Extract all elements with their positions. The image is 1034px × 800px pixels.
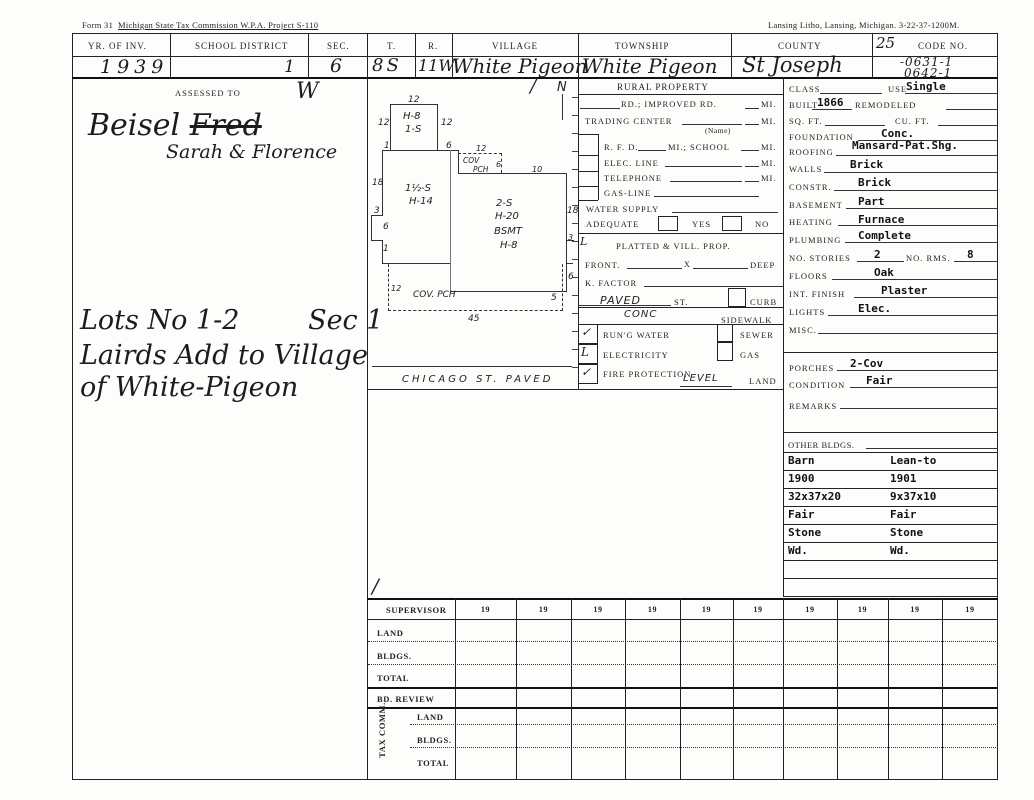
rfd-label: R. F. D. — [604, 142, 638, 152]
street-type-value[interactable]: PAVED — [600, 294, 641, 307]
trading-center-label: TRADING CENTER — [585, 116, 672, 126]
printer-info: Lansing Litho, Lansing, Michigan. 3-22-3… — [768, 20, 959, 30]
sketch-porch-2 — [388, 264, 563, 311]
school-district-label: SCHOOL DISTRICT — [195, 41, 288, 51]
telephone-label: TELEPHONE — [604, 173, 662, 183]
year-value[interactable]: 1939 — [100, 56, 168, 78]
sidewalk-value[interactable]: CONC — [624, 309, 657, 320]
year-column-header[interactable]: 19 — [625, 605, 680, 614]
year-column-header[interactable]: 19 — [783, 605, 837, 614]
finish-value[interactable]: Plaster — [881, 284, 927, 297]
other-building-cell[interactable]: Wd. — [890, 544, 910, 557]
school-district-value[interactable]: 1 — [284, 57, 295, 77]
front-field[interactable] — [627, 268, 682, 269]
year-column-header[interactable]: 19 — [942, 605, 998, 614]
year-column-header[interactable]: 19 — [516, 605, 571, 614]
curb-checkbox[interactable] — [728, 288, 746, 307]
other-building-cell[interactable]: Stone — [890, 526, 923, 539]
other-building-cell[interactable]: Stone — [788, 526, 821, 539]
adequate-label: ADEQUATE — [586, 219, 639, 229]
k-factor-field[interactable] — [644, 286, 783, 287]
k-factor-label: K. FACTOR — [585, 278, 637, 288]
class-field[interactable] — [820, 93, 882, 94]
r-label: R. — [428, 41, 438, 51]
legal-description-line-1[interactable]: Lots No 1-2 Sec 1 — [80, 305, 383, 336]
year-column-header[interactable]: 19 — [571, 605, 625, 614]
floors-value[interactable]: Oak — [874, 266, 894, 279]
trading-center-field[interactable] — [682, 124, 742, 125]
year-column-header[interactable]: 19 — [888, 605, 942, 614]
code-prefix: 25 — [876, 34, 895, 52]
form-title: Michigan State Tax Commission W.P.A. Pro… — [118, 20, 318, 30]
front-label: FRONT. — [585, 260, 620, 270]
form-id: Form 31 Michigan State Tax Commission W.… — [82, 20, 318, 30]
legal-description-line-2[interactable]: Lairds Add to Village — [80, 340, 368, 371]
other-building-cell[interactable]: Fair — [788, 508, 815, 521]
sqft-field[interactable] — [825, 125, 885, 126]
county-value[interactable]: St Joseph — [742, 53, 843, 77]
assessed-mark: W — [296, 79, 319, 104]
sec-value[interactable]: 6 — [330, 55, 342, 77]
misc-field[interactable] — [818, 333, 998, 334]
owner-name[interactable]: Beisel Fred — [88, 108, 262, 143]
water-supply-label: WATER SUPPLY — [586, 204, 659, 214]
code-no-label: CODE NO. — [918, 41, 968, 51]
rooms-value[interactable]: 8 — [967, 248, 974, 261]
walls-value[interactable]: Brick — [850, 158, 883, 171]
elec-line-label: ELEC. LINE — [604, 158, 659, 168]
t-label: T. — [387, 41, 396, 51]
gas-checkbox[interactable] — [717, 342, 733, 361]
supervisor-label: SUPERVISOR — [386, 605, 447, 615]
year-column-header[interactable]: 19 — [837, 605, 888, 614]
use-value[interactable]: Single — [906, 80, 946, 93]
assessed-to-label: ASSESSED TO — [175, 88, 241, 98]
year-column-header[interactable]: 19 — [733, 605, 783, 614]
basement-value[interactable]: Part — [858, 195, 885, 208]
street-name: CHICAGO ST. PAVED — [402, 374, 553, 385]
remarks-field[interactable] — [840, 408, 998, 409]
other-building-cell[interactable]: 32x37x20 — [788, 490, 841, 503]
co-owners[interactable]: Sarah & Florence — [166, 141, 337, 163]
rural-property-title: RURAL PROPERTY — [617, 82, 709, 92]
year-label: YR. OF INV. — [88, 41, 147, 51]
other-building-cell[interactable]: Barn — [788, 454, 815, 467]
gas-line-label: GAS-LINE — [604, 188, 651, 198]
roofing-value[interactable]: Mansard-Pat.Shg. — [852, 139, 958, 152]
land-value[interactable]: LEVEL — [683, 373, 719, 384]
plumbing-value[interactable]: Complete — [858, 229, 911, 242]
sec-label: SEC. — [327, 41, 350, 51]
adequate-no-checkbox[interactable] — [722, 216, 742, 231]
county-label: COUNTY — [778, 41, 822, 51]
constr-value[interactable]: Brick — [858, 176, 891, 189]
year-column-header[interactable]: 19 — [455, 605, 516, 614]
other-building-cell[interactable]: Fair — [890, 508, 917, 521]
adequate-yes-checkbox[interactable] — [658, 216, 678, 231]
remodeled-field[interactable] — [946, 109, 998, 110]
north-arrow-icon: N — [557, 80, 567, 95]
other-building-cell[interactable]: Wd. — [788, 544, 808, 557]
township-label: TOWNSHIP — [615, 41, 669, 51]
lights-value[interactable]: Elec. — [858, 302, 891, 315]
condition-value[interactable]: Fair — [866, 374, 893, 387]
built-value[interactable]: 1866 — [817, 96, 844, 109]
sewer-checkbox[interactable] — [717, 324, 733, 342]
year-column-header[interactable]: 19 — [680, 605, 733, 614]
other-building-cell[interactable]: Lean-to — [890, 454, 936, 467]
cuft-field[interactable] — [938, 125, 998, 126]
porches-value[interactable]: 2-Cov — [850, 357, 883, 370]
r-value[interactable]: 11W — [418, 56, 455, 75]
tax-comm-label: TAX COMM. — [378, 700, 387, 760]
stories-value[interactable]: 2 — [874, 248, 881, 261]
other-building-cell[interactable]: 1901 — [890, 472, 917, 485]
other-building-cell[interactable]: 1900 — [788, 472, 815, 485]
deep-field[interactable] — [693, 268, 748, 269]
legal-description-line-3[interactable]: of White-Pigeon — [80, 372, 298, 403]
code-no-2[interactable]: 0642-1 — [904, 66, 952, 80]
village-value[interactable]: White Pigeon — [452, 54, 587, 78]
village-label: VILLAGE — [492, 41, 538, 51]
platted-title: PLATTED & VILL. PROP. — [616, 241, 731, 251]
township-value[interactable]: White Pigeon — [582, 54, 717, 78]
struck-name: Fred — [190, 108, 262, 143]
other-building-cell[interactable]: 9x37x10 — [890, 490, 936, 503]
t-value[interactable]: 8S — [372, 55, 402, 76]
